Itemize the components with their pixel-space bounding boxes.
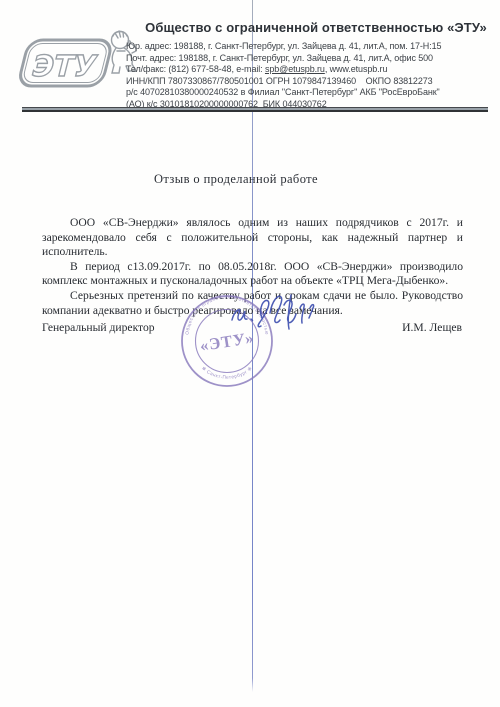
inn-kpp-line: ИНН/КПП 7807330867/780501001 ОГРН 107984… — [126, 76, 496, 88]
scanned-letter-page: ЭТУ Общество с ограниченной ответственно… — [0, 0, 500, 707]
paragraph: ООО «СВ-Энерджи» являлось одним из наших… — [42, 216, 463, 260]
header-divider-rule — [22, 107, 488, 112]
company-name-header: Общество с ограниченной ответственностью… — [138, 20, 494, 35]
handwritten-signature — [212, 288, 334, 346]
paragraph: В период с13.09.2017г. по 08.05.2018г. О… — [42, 260, 463, 289]
postal-address-line: Почт. адрес: 198188, г. Санкт-Петербург,… — [126, 53, 496, 65]
document-title: Отзыв о проделанной работе — [0, 172, 472, 187]
signatory-name: И.М. Лещев — [402, 321, 462, 334]
bank-account-line: р/с 40702810380000240532 в Филиал "Санкт… — [126, 87, 496, 99]
contact-line: Тел/факс: (812) 677-58-48, e-mail: spb@e… — [126, 64, 496, 76]
logo-text: ЭТУ — [29, 49, 101, 82]
signatory-role: Генеральный директор — [42, 321, 155, 334]
phone-text: Тел/факс: (812) 677-58-48, e-mail: — [126, 64, 265, 74]
signature-ink-icon — [212, 288, 334, 346]
etu-logo-icon: ЭТУ — [12, 22, 142, 108]
legal-address-line: Юр. адрес: 198188, г. Санкт-Петербург, у… — [126, 41, 496, 53]
company-logo: ЭТУ — [12, 22, 142, 108]
email-link: spb@etuspb.ru — [265, 64, 325, 74]
company-details-block: Юр. адрес: 198188, г. Санкт-Петербург, у… — [126, 41, 496, 111]
website-text: , www.etuspb.ru — [325, 64, 388, 74]
